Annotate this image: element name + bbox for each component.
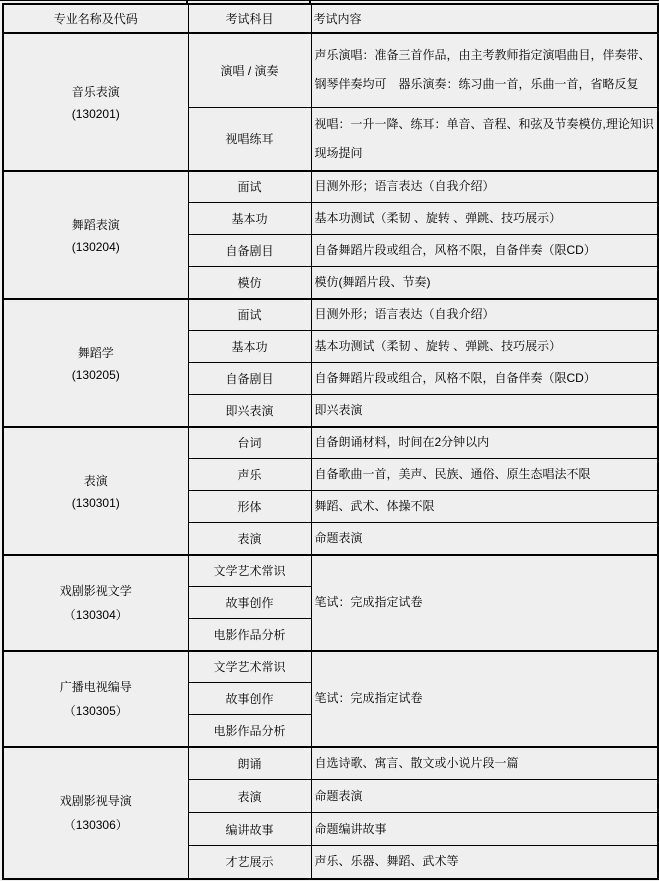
major-code: （130304） [6, 606, 186, 623]
cropped-column-border-tick [186, 0, 188, 3]
major-code: (130204) [6, 240, 186, 254]
table-row: 广播电视编导 （130305） 文学艺术常识 笔试：完成指定试卷 [3, 651, 658, 683]
table-row: 戏剧影视文学 （130304） 文学艺术常识 笔试：完成指定试卷 [3, 555, 658, 587]
major-code: (130301) [6, 496, 186, 510]
major-name: 戏剧影视导演 [6, 792, 186, 809]
section-music-performance: 音乐表演 (130201) 演唱 / 演奏 声乐演唱：准备三首作品，由主考教师指… [3, 33, 658, 171]
major-name: 舞蹈学 [6, 344, 186, 361]
major-name: 舞蹈表演 [6, 216, 186, 233]
content-cell: 基本功测试（柔韧 、旋转 、弹跳、技巧展示） [311, 331, 658, 363]
subject-cell: 面试 [188, 171, 311, 203]
major-code: （130306） [6, 816, 186, 833]
major-code: (130205) [6, 368, 186, 382]
content-cell: 自备舞蹈片段或组合，风格不限，自备伴奏（限CD） [311, 235, 658, 267]
subject-cell: 演唱 / 演奏 [188, 33, 311, 107]
major-name: 戏剧影视文学 [6, 582, 186, 599]
subject-cell: 文学艺术常识 [188, 651, 311, 683]
major-code: （130305） [6, 702, 186, 719]
subject-cell: 基本功 [188, 331, 311, 363]
major-name: 广播电视编导 [6, 678, 186, 695]
section-acting: 表演 (130301) 台词 自备朗诵材料，时间在2分钟以内 声乐 自备歌曲一首… [3, 427, 658, 555]
subject-cell: 自备剧目 [188, 235, 311, 267]
subject-cell: 表演 [188, 523, 311, 555]
table-header: 专业名称及代码 考试科目 考试内容 [3, 4, 658, 33]
major-name: 音乐表演 [6, 83, 186, 100]
content-cell: 声乐、乐器、舞蹈、武术等 [311, 846, 658, 879]
subject-cell: 电影作品分析 [188, 715, 311, 747]
header-exam-subject: 考试科目 [188, 4, 311, 33]
subject-cell: 文学艺术常识 [188, 555, 311, 587]
content-cell: 自备歌曲一首，美声、民族、通俗、原生态唱法不限 [311, 459, 658, 491]
subject-cell: 表演 [188, 780, 311, 813]
subject-cell: 编讲故事 [188, 813, 311, 846]
subject-cell: 自备剧目 [188, 363, 311, 395]
cropped-row-edge-line [0, 0, 659, 1]
content-cell: 舞蹈、武术、体操不限 [311, 491, 658, 523]
subject-cell: 故事创作 [188, 587, 311, 619]
subject-cell: 模仿 [188, 267, 311, 299]
header-major-name-code: 专业名称及代码 [3, 4, 188, 33]
subject-cell: 台词 [188, 427, 311, 459]
section-drama-film-literature: 戏剧影视文学 （130304） 文学艺术常识 笔试：完成指定试卷 故事创作 电影… [3, 555, 658, 651]
content-cell: 声乐演唱：准备三首作品，由主考教师指定演唱曲目，伴奏带、钢琴伴奏均可 器乐演奏：… [311, 33, 658, 107]
major-cell: 舞蹈表演 (130204) [3, 171, 188, 299]
content-cell: 目测外形；语言表达（自我介绍） [311, 299, 658, 331]
merged-content-cell: 笔试：完成指定试卷 [311, 651, 658, 747]
subject-cell: 电影作品分析 [188, 619, 311, 651]
major-cell: 音乐表演 (130201) [3, 33, 188, 171]
subject-cell: 才艺展示 [188, 846, 311, 879]
major-cell: 戏剧影视文学 （130304） [3, 555, 188, 651]
content-cell: 自备舞蹈片段或组合，风格不限，自备伴奏（限CD） [311, 363, 658, 395]
major-cell: 表演 (130301) [3, 427, 188, 555]
major-name: 表演 [6, 472, 186, 489]
table-row: 舞蹈表演 (130204) 面试 目测外形；语言表达（自我介绍） [3, 171, 658, 203]
subject-cell: 视唱练耳 [188, 107, 311, 171]
major-cell: 广播电视编导 （130305） [3, 651, 188, 747]
content-cell: 自备朗诵材料，时间在2分钟以内 [311, 427, 658, 459]
major-code: (130201) [6, 107, 186, 121]
major-cell: 戏剧影视导演 （130306） [3, 747, 188, 879]
subject-cell: 故事创作 [188, 683, 311, 715]
content-cell: 视唱：一升一降、练耳：单音、音程、和弦及节奏模仿,理论知识现场提问 [311, 107, 658, 171]
section-dance-performance: 舞蹈表演 (130204) 面试 目测外形；语言表达（自我介绍） 基本功 基本功… [3, 171, 658, 299]
table-header-row: 专业名称及代码 考试科目 考试内容 [3, 4, 658, 33]
table-row: 舞蹈学 (130205) 面试 目测外形；语言表达（自我介绍） [3, 299, 658, 331]
cropped-column-border-tick [309, 0, 311, 3]
subject-cell: 声乐 [188, 459, 311, 491]
content-cell: 即兴表演 [311, 395, 658, 427]
content-cell: 命题表演 [311, 523, 658, 555]
subject-cell: 形体 [188, 491, 311, 523]
merged-content-cell: 笔试：完成指定试卷 [311, 555, 658, 651]
exam-subjects-table: 专业名称及代码 考试科目 考试内容 音乐表演 (130201) 演唱 / 演奏 … [2, 3, 659, 880]
content-cell: 目测外形；语言表达（自我介绍） [311, 171, 658, 203]
content-cell: 命题表演 [311, 780, 658, 813]
subject-cell: 即兴表演 [188, 395, 311, 427]
section-radio-tv-directing: 广播电视编导 （130305） 文学艺术常识 笔试：完成指定试卷 故事创作 电影… [3, 651, 658, 747]
table-row: 表演 (130301) 台词 自备朗诵材料，时间在2分钟以内 [3, 427, 658, 459]
major-cell: 舞蹈学 (130205) [3, 299, 188, 427]
subject-cell: 基本功 [188, 203, 311, 235]
content-cell: 基本功测试（柔韧 、旋转 、弹跳、技巧展示） [311, 203, 658, 235]
table-row: 戏剧影视导演 （130306） 朗诵 自选诗歌、寓言、散文或小说片段一篇 [3, 747, 658, 780]
content-cell: 模仿(舞蹈片段、节奏) [311, 267, 658, 299]
content-cell: 自选诗歌、寓言、散文或小说片段一篇 [311, 747, 658, 780]
table-row: 音乐表演 (130201) 演唱 / 演奏 声乐演唱：准备三首作品，由主考教师指… [3, 33, 658, 107]
content-cell: 命题编讲故事 [311, 813, 658, 846]
section-drama-film-directing: 戏剧影视导演 （130306） 朗诵 自选诗歌、寓言、散文或小说片段一篇 表演 … [3, 747, 658, 879]
subject-cell: 面试 [188, 299, 311, 331]
header-exam-content: 考试内容 [311, 4, 658, 33]
subject-cell: 朗诵 [188, 747, 311, 780]
section-dance-studies: 舞蹈学 (130205) 面试 目测外形；语言表达（自我介绍） 基本功 基本功测… [3, 299, 658, 427]
